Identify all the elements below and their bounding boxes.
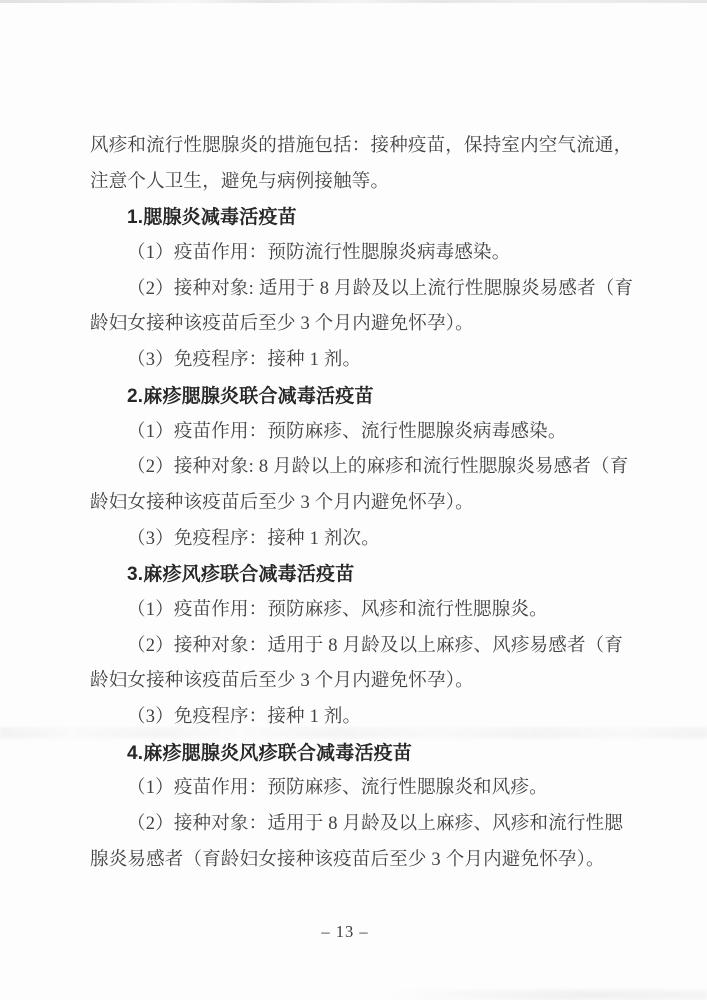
section-4-heading: 4.麻疹腮腺炎风疹联合减毒活疫苗 (90, 736, 624, 772)
scan-edge-artifact (0, 0, 707, 3)
scan-smudge-artifact (387, 990, 707, 1000)
section-2-item-continuation: 龄妇女接种该疫苗后至少 3 个月内避免怀孕）。 (90, 486, 624, 522)
section-4-item: （1）疫苗作用：预防麻疹、流行性腮腺炎和风疹。 (90, 771, 624, 807)
section-2-item: （1）疫苗作用：预防麻疹、流行性腮腺炎病毒感染。 (90, 415, 624, 451)
section-1-item: （1）疫苗作用：预防流行性腮腺炎病毒感染。 (90, 236, 624, 272)
section-2-item: （3）免疫程序：接种 1 剂次。 (90, 522, 624, 558)
intro-line: 风疹和流行性腮腺炎的措施包括：接种疫苗，保持室内空气流通， (90, 129, 624, 165)
scanned-document-page: 风疹和流行性腮腺炎的措施包括：接种疫苗，保持室内空气流通， 注意个人卫生，避免与… (0, 0, 707, 1000)
section-2-heading: 2.麻疹腮腺炎联合减毒活疫苗 (90, 379, 624, 415)
section-2-item: （2）接种对象: 8 月龄以上的麻疹和流行性腮腺炎易感者（育 (90, 450, 624, 486)
section-3-item: （1）疫苗作用：预防麻疹、风疹和流行性腮腺炎。 (90, 593, 624, 629)
page-number: – 13 – (0, 922, 690, 942)
section-1-item: （3）免疫程序：接种 1 剂。 (90, 343, 624, 379)
section-3-item-continuation: 龄妇女接种该疫苗后至少 3 个月内避免怀孕）。 (90, 664, 624, 700)
document-body: 风疹和流行性腮腺炎的措施包括：接种疫苗，保持室内空气流通， 注意个人卫生，避免与… (90, 129, 624, 878)
section-3-heading: 3.麻疹风疹联合减毒活疫苗 (90, 557, 624, 593)
section-4-item-continuation: 腺炎易感者（育龄妇女接种该疫苗后至少 3 个月内避免怀孕）。 (90, 843, 624, 879)
intro-line: 注意个人卫生，避免与病例接触等。 (90, 165, 624, 201)
section-4-item: （2）接种对象：适用于 8 月龄及以上麻疹、风疹和流行性腮 (90, 807, 624, 843)
section-1-heading: 1.腮腺炎减毒活疫苗 (90, 200, 624, 236)
section-1-item: （2）接种对象: 适用于 8 月龄及以上流行性腮腺炎易感者（育 (90, 272, 624, 308)
section-3-item: （2）接种对象：适用于 8 月龄及以上麻疹、风疹易感者（育 (90, 629, 624, 665)
section-1-item-continuation: 龄妇女接种该疫苗后至少 3 个月内避免怀孕）。 (90, 307, 624, 343)
section-3-item: （3）免疫程序：接种 1 剂。 (90, 700, 624, 736)
